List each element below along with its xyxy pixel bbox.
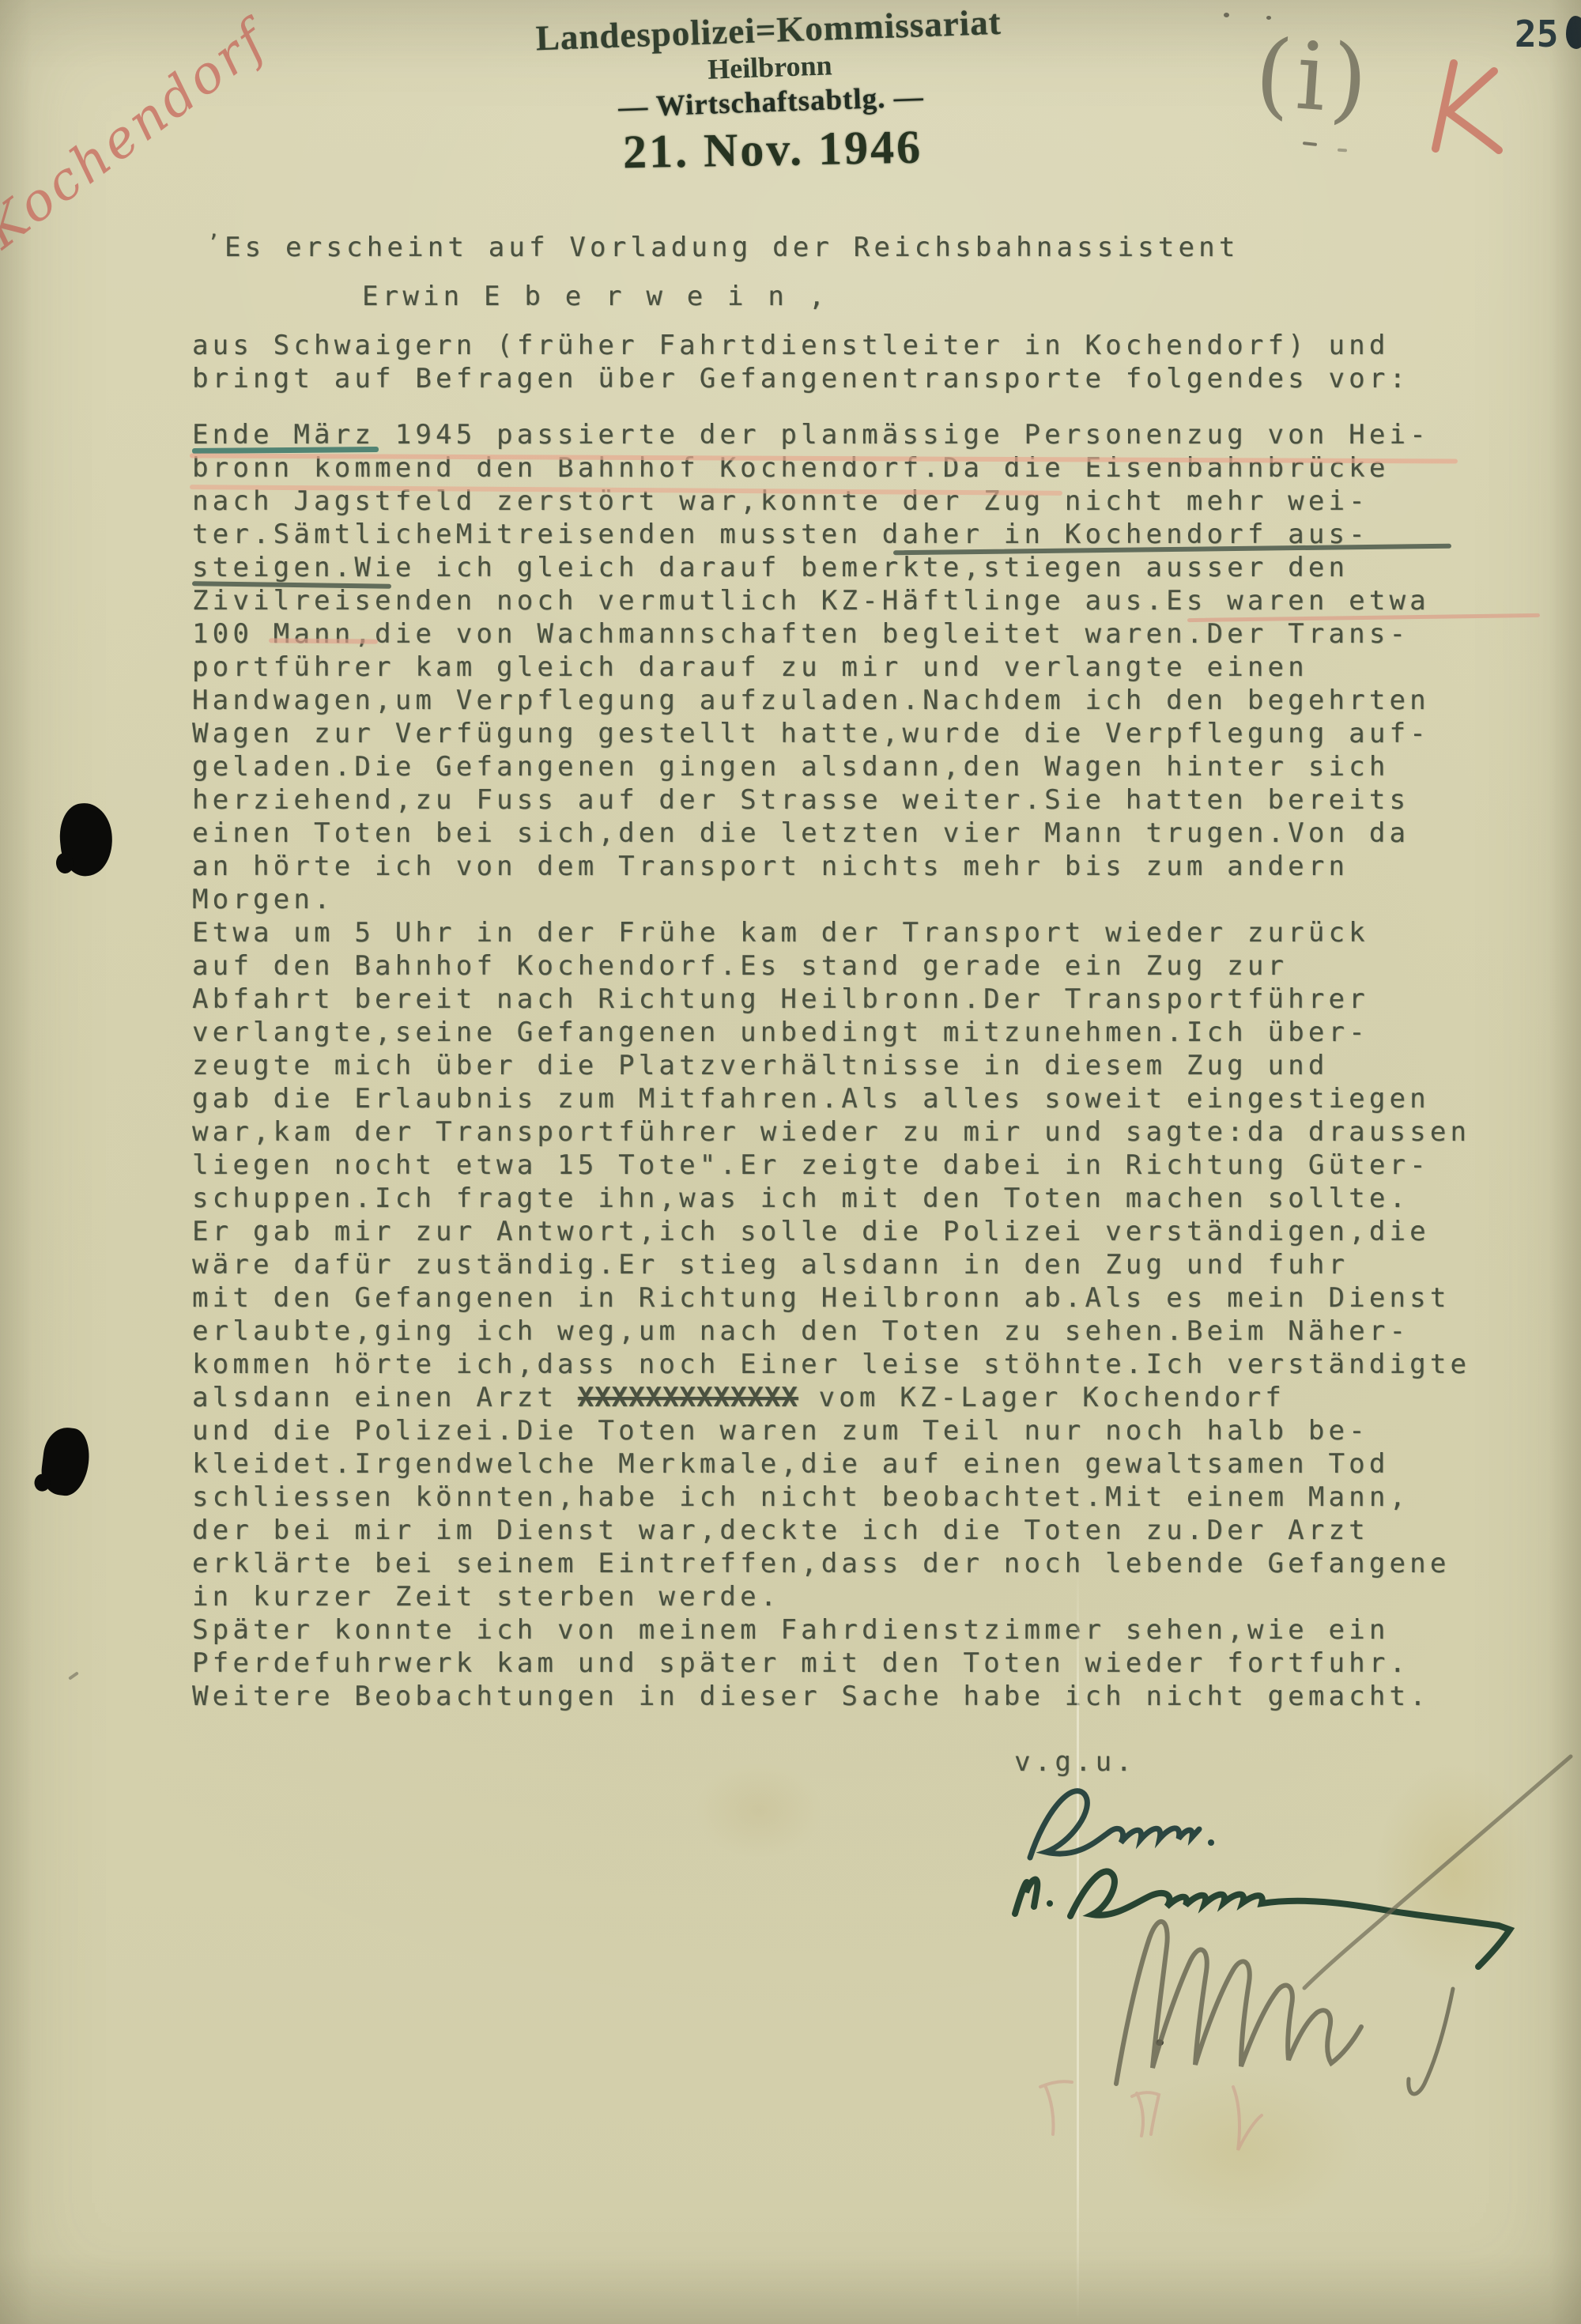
stray-apostrophe-mark: ’ <box>207 226 224 259</box>
body-line: kleidet.Irgendwelche Merkmale,die auf ei… <box>192 1447 1470 1481</box>
intro-line-3: aus Schwaigern (früher Fahrtdienstleiter… <box>192 329 1390 362</box>
pencil-dash-mark <box>1303 141 1317 146</box>
paper-stain-2 <box>1123 2071 1360 2229</box>
body-line: und die Polizei.Die Toten waren zum Teil… <box>192 1414 1470 1447</box>
body-line: Er gab mir zur Antwort,ich solle die Pol… <box>192 1215 1470 1248</box>
faint-red-marks <box>1040 2081 1262 2150</box>
pencil-dash-mark-2 <box>1338 149 1347 153</box>
ink-speck-3 <box>1266 16 1271 20</box>
body-line: schuppen.Ich fragte ihn,was ich mit den … <box>192 1182 1470 1215</box>
body-line: liegen nocht etwa 15 Tote".Er zeigte dab… <box>192 1149 1470 1182</box>
signature-pencil <box>1116 1756 1571 2094</box>
body-line: in kurzer Zeit sterben werde. <box>192 1580 1470 1613</box>
struck-out-text: XXXXXXXXXXXXX <box>578 1382 798 1413</box>
page-number: 254 <box>1515 13 1581 55</box>
body-line: herziehend,zu Fuss auf der Strasse weite… <box>192 783 1470 817</box>
body-line: an hörte ich von dem Transport nichts me… <box>192 850 1470 883</box>
red-check-k-mark <box>1436 63 1499 150</box>
body-text: Ende März 1945 passierte der planmässige… <box>192 418 1470 1713</box>
body-line: auf den Bahnhof Kochendorf.Es stand gera… <box>192 949 1470 983</box>
document-page: Kochendorf Landespolizei=Kommissariat He… <box>0 0 1581 2324</box>
signature-ink-1 <box>1030 1791 1214 1858</box>
intro-line-1: Es erscheint auf Vorladung der Reichsbah… <box>225 231 1240 264</box>
page-number-text: 25 <box>1515 13 1558 55</box>
body-line: erlaubte,ging ich weg,um nach den Toten … <box>192 1315 1470 1348</box>
ink-speck-1 <box>1156 2039 1164 2046</box>
paper-stain-3 <box>696 1763 822 1858</box>
body-line: Wagen zur Verfügung gestellt hatte,wurde… <box>192 717 1470 750</box>
body-line: erklärte bei seinem Eintreffen,dass der … <box>192 1547 1470 1580</box>
signature-ink-2 <box>1015 1871 1510 1967</box>
ink-blot-small <box>1566 16 1581 49</box>
pencil-tick-left <box>68 1671 79 1680</box>
body-line: Etwa um 5 Uhr in der Frühe kam der Trans… <box>192 916 1470 949</box>
intro-line-4: bringt auf Befragen über Gefangenentrans… <box>192 362 1409 395</box>
body-line: Abfahrt bereit nach Richtung Heilbronn.D… <box>192 983 1470 1016</box>
body-line: einen Toten bei sich,den die letzten vie… <box>192 817 1470 850</box>
body-line: steigen.Wie ich gleich darauf bemerkte,s… <box>192 551 1470 584</box>
paper-stain <box>1375 1763 1534 1984</box>
date-stamp: 21. Nov. 1946 <box>492 118 1054 182</box>
body-line: geladen.Die Gefangenen gingen alsdann,de… <box>192 750 1470 783</box>
intro-line-2: Erwin E b e r w e i n , <box>362 280 828 313</box>
office-stamp: Landespolizei=Kommissariat Heilbronn — W… <box>488 0 1055 187</box>
paper-crease <box>1077 1565 1079 2324</box>
pencil-note: (i) <box>1251 18 1375 135</box>
body-line: portführer kam gleich darauf zu mir und … <box>192 651 1470 684</box>
underline-red-mann <box>269 638 378 643</box>
body-line: kommen hörte ich,dass noch Einer leise s… <box>192 1348 1470 1381</box>
body-line: mit den Gefangenen in Richtung Heilbronn… <box>192 1281 1470 1315</box>
body-line: wäre dafür zuständig.Er stieg alsdann in… <box>192 1248 1470 1281</box>
body-line: zeugte mich über die Platzverhältnisse i… <box>192 1049 1470 1082</box>
body-line: verlangte,seine Gefangenen unbedingt mit… <box>192 1016 1470 1049</box>
body-line: gab die Erlaubnis zum Mitfahren.Als alle… <box>192 1082 1470 1115</box>
body-line: Später konnte ich von meinem Fahrdienstz… <box>192 1613 1470 1647</box>
ink-blot-left-upper <box>56 801 115 878</box>
body-line: alsdann einen Arzt XXXXXXXXXXXXX vom KZ-… <box>192 1381 1470 1414</box>
body-line: schliessen könnten,habe ich nicht beobac… <box>192 1481 1470 1514</box>
body-line: Ende März 1945 passierte der planmässige… <box>192 418 1470 451</box>
body-line: war,kam der Transportführer wieder zu mi… <box>192 1115 1470 1149</box>
body-line: Handwagen,um Verpflegung aufzuladen.Nach… <box>192 684 1470 717</box>
body-line: Weitere Beobachtungen in dieser Sache ha… <box>192 1680 1470 1713</box>
ink-speck-2 <box>1224 13 1229 17</box>
body-line: Pferdefuhrwerk kam und später mit den To… <box>192 1647 1470 1680</box>
ink-blot-left-lower <box>39 1425 92 1498</box>
body-line: der bei mir im Dienst war,deckte ich die… <box>192 1514 1470 1547</box>
body-line: Morgen. <box>192 883 1470 916</box>
closing-abbreviation: v.g.u. <box>1014 1745 1136 1779</box>
body-line: Zivilreisenden noch vermutlich KZ-Häftli… <box>192 584 1470 617</box>
body-line: 100 Mann,die von Wachmannschaften beglei… <box>192 617 1470 651</box>
margin-note-red-handwriting: Kochendorf <box>0 9 279 260</box>
